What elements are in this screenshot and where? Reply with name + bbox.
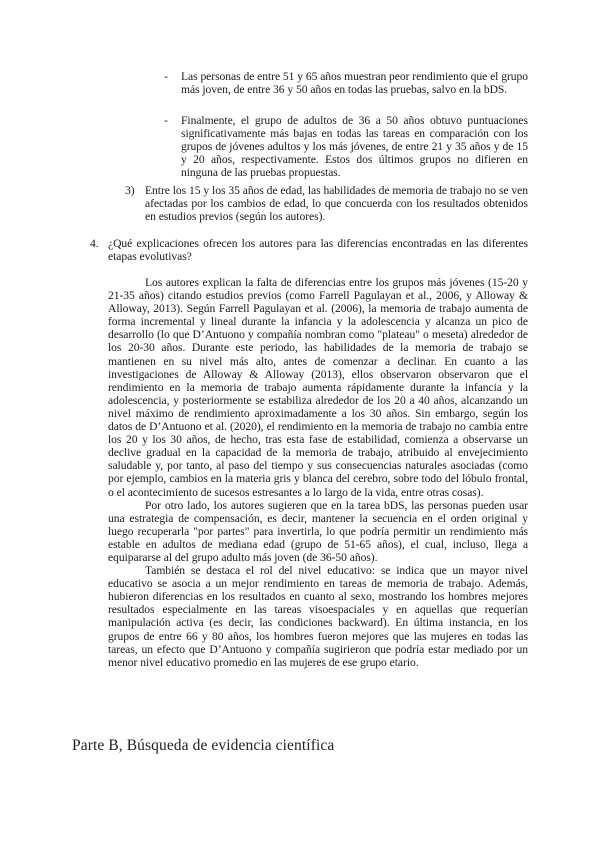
- answer-body: Los autores explican la falta de diferen…: [108, 276, 528, 669]
- numbered-text: Entre los 15 y los 35 años de edad, las …: [145, 184, 528, 223]
- section-heading: Parte B, Búsqueda de evidencia científic…: [72, 737, 334, 755]
- question-text: ¿Qué explicaciones ofrecen los autores p…: [108, 237, 528, 263]
- bullet-text: Finalmente, el grupo de adultos de 36 a …: [181, 114, 528, 179]
- bullet-text: Las personas de entre 51 y 65 años muest…: [181, 70, 528, 96]
- question-number: 4.: [90, 237, 99, 250]
- bullet-dash: -: [164, 70, 168, 83]
- numbered-item-3: 3) Entre los 15 y los 35 años de edad, l…: [125, 184, 528, 223]
- document-page: - Las personas de entre 51 y 65 años mue…: [0, 0, 600, 848]
- answer-paragraph: También se destaca el rol del nivel educ…: [108, 564, 528, 669]
- bullet-item: - Las personas de entre 51 y 65 años mue…: [164, 70, 528, 96]
- answer-paragraph: Los autores explican la falta de diferen…: [108, 276, 528, 499]
- question-4: 4. ¿Qué explicaciones ofrecen los autore…: [90, 237, 528, 263]
- bullet-item: - Finalmente, el grupo de adultos de 36 …: [164, 114, 528, 179]
- answer-paragraph: Por otro lado, los autores sugieren que …: [108, 499, 528, 564]
- bullet-dash: -: [164, 114, 168, 127]
- numbered-marker: 3): [125, 184, 135, 197]
